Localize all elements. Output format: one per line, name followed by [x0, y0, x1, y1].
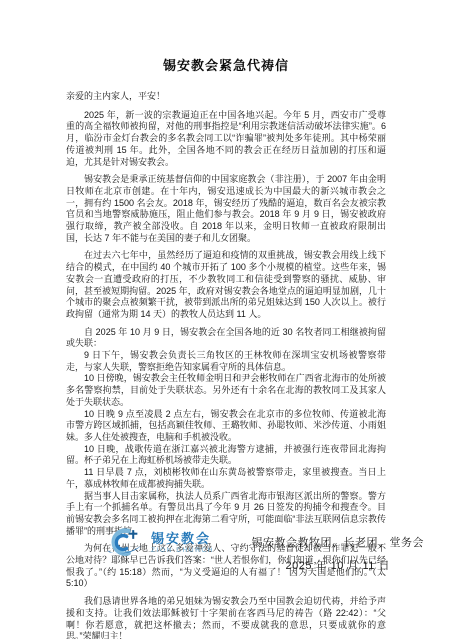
letter-section: 在过去六七年中，虽然经历了逼迫和疫情的双重挑战，锡安教会用线上线下结合的模式，在… [66, 250, 386, 320]
body-paragraph: 10 日傍晚，锡安教会主任牧师金明日和尹会彬牧师在广西省北海市的处所被多名警察拘… [66, 373, 386, 408]
zion-church-logo-icon [100, 528, 146, 558]
letter-section: 锡安教会是秉承正统基督信仰的中国家庭教会（非注册），于 2007 年由金明日牧师… [66, 174, 386, 244]
date-line: 2025 年 10 月 11 日 [252, 557, 425, 573]
letter-section: 2025 年，新一波的宗教逼迫正在中国各地兴起。今年 5 月，西安市广受尊重的高… [66, 110, 386, 169]
prayer-letter-page: 锡安教会紧急代祷信 亲爱的主内家人，平安！ 2025 年，新一波的宗教逼迫正在中… [0, 0, 452, 639]
body-paragraph: 2025 年，新一波的宗教逼迫正在中国各地兴起。今年 5 月，西安市广受尊重的高… [66, 110, 386, 169]
body-paragraph: 自 2025 年 10 月 9 日，锡安教会在全国各地的近 30 名牧者同工相继… [66, 327, 386, 350]
letter-title: 锡安教会紧急代祷信 [66, 55, 386, 74]
logo-name-cn: 锡安教会 [151, 532, 214, 546]
body-paragraph: 我们恳请世界各地的弟兄姐妹为锡安教会乃至中国教会迫切代祷，并给予声援和支持。让我… [66, 596, 386, 639]
signature-block: 锡安教会教牧团、长老团、堂务会 2025 年 10 月 11 日 [252, 528, 425, 573]
logo-text: 锡安教会 ZION CHURCH [151, 532, 214, 555]
church-logo: 锡安教会 ZION CHURCH [100, 528, 214, 558]
letter-section: 自 2025 年 10 月 9 日，锡安教会在全国各地的近 30 名牧者同工相继… [66, 327, 386, 538]
logo-name-en: ZION CHURCH [151, 547, 214, 555]
letter-section: 我们恳请世界各地的弟兄姐妹为锡安教会乃至中国教会迫切代祷，并给予声援和支持。让我… [66, 596, 386, 639]
signature-line: 锡安教会教牧团、长老团、堂务会 [252, 534, 425, 550]
body-paragraph: 9 日下午，锡安教会负责长三角牧区的王林牧师在深圳宝安机场被警察带走，与家人失联… [66, 350, 386, 373]
body-paragraph: 11 日早晨 7 点，刘桢彬牧师在山东黄岛被警察带走，家里被搜查。当日上午，慕成… [66, 467, 386, 490]
letter-footer: 锡安教会 ZION CHURCH 锡安教会教牧团、长老团、堂务会 2025 年 … [0, 528, 452, 573]
body-paragraph: 在过去六七年中，虽然经历了逼迫和疫情的双重挑战，锡安教会用线上线下结合的模式，在… [66, 250, 386, 320]
body-paragraph: 锡安教会是秉承正统基督信仰的中国家庭教会（非注册），于 2007 年由金明日牧师… [66, 174, 386, 244]
body-paragraph: 10 日晚 9 点至凌晨 2 点左右，锡安教会在北京市的多位牧师、传道被北海市警… [66, 409, 386, 444]
body-paragraph: 10 日晚，战歌传道在浙江嘉兴被北海警方逮捕，并被强行连夜带回北海拘留。杯子弟兄… [66, 444, 386, 467]
greeting-line: 亲爱的主内家人，平安！ [66, 91, 386, 103]
